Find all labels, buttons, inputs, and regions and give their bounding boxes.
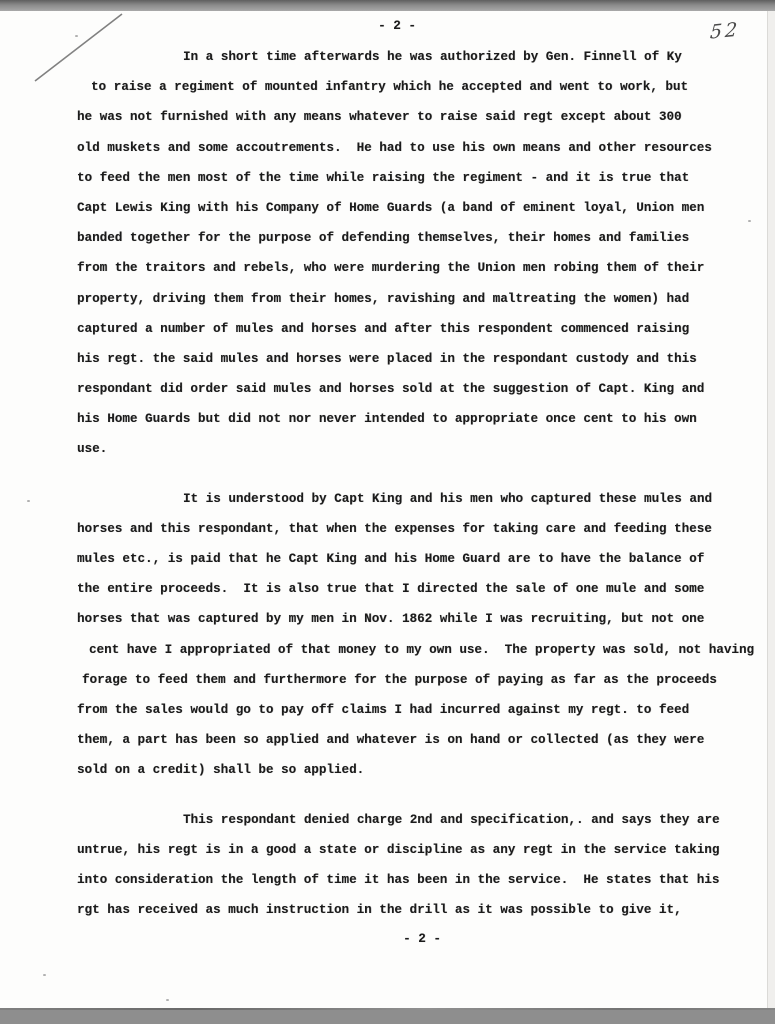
- page-footer-number: - 2 -: [403, 932, 441, 946]
- scan-speck: [27, 500, 30, 502]
- text-line: forage to feed them and furthermore for …: [82, 665, 765, 695]
- paragraph: In a short time afterwards he was author…: [77, 42, 765, 465]
- text-line: rgt has received as much instruction in …: [77, 895, 765, 925]
- handwritten-folio-number: 52: [709, 18, 741, 43]
- text-line: banded together for the purpose of defen…: [77, 223, 765, 253]
- scan-artifact-bottom-bar: [0, 1010, 775, 1024]
- page-header-number: - 2 -: [378, 19, 416, 33]
- text-line: old muskets and some accoutrements. He h…: [77, 133, 765, 163]
- scanned-document-page: { "header": { "page_number": "- 2 -" }, …: [0, 0, 775, 1024]
- document-body: In a short time afterwards he was author…: [77, 42, 765, 925]
- text-line: into consideration the length of time it…: [77, 865, 765, 895]
- text-line: property, driving them from their homes,…: [77, 284, 765, 314]
- text-line: from the traitors and rebels, who were m…: [77, 253, 765, 283]
- scan-speck: [166, 999, 169, 1001]
- text-line: In a short time afterwards he was author…: [77, 42, 765, 72]
- text-line: them, a part has been so applied and wha…: [77, 725, 765, 755]
- text-line: to raise a regiment of mounted infantry …: [91, 72, 765, 102]
- text-line: his Home Guards but did not nor never in…: [77, 404, 765, 434]
- text-line: Capt Lewis King with his Company of Home…: [77, 193, 765, 223]
- scan-speck: [43, 974, 46, 976]
- text-line: horses and this respondant, that when th…: [77, 514, 765, 544]
- paragraph: This respondant denied charge 2nd and sp…: [77, 805, 765, 926]
- text-line: This respondant denied charge 2nd and sp…: [77, 805, 765, 835]
- text-line: the entire proceeds. It is also true tha…: [77, 574, 765, 604]
- text-line: mules etc., is paid that he Capt King an…: [77, 544, 765, 574]
- text-line: use.: [77, 434, 765, 464]
- text-line: sold on a credit) shall be so applied.: [77, 755, 765, 785]
- text-line: he was not furnished with any means what…: [77, 102, 765, 132]
- text-line: to feed the men most of the time while r…: [77, 163, 765, 193]
- text-line: horses that was captured by my men in No…: [77, 604, 765, 634]
- text-line: untrue, his regt is in a good a state or…: [77, 835, 765, 865]
- text-line: respondant did order said mules and hors…: [77, 374, 765, 404]
- paragraph: It is understood by Capt King and his me…: [77, 484, 765, 786]
- text-line: It is understood by Capt King and his me…: [77, 484, 765, 514]
- text-line: from the sales would go to pay off claim…: [77, 695, 765, 725]
- text-line: cent have I appropriated of that money t…: [89, 635, 765, 665]
- text-line: his regt. the said mules and horses were…: [77, 344, 765, 374]
- scan-speck: [75, 35, 78, 37]
- scan-artifact-right-edge: [767, 11, 775, 1008]
- text-line: captured a number of mules and horses an…: [77, 314, 765, 344]
